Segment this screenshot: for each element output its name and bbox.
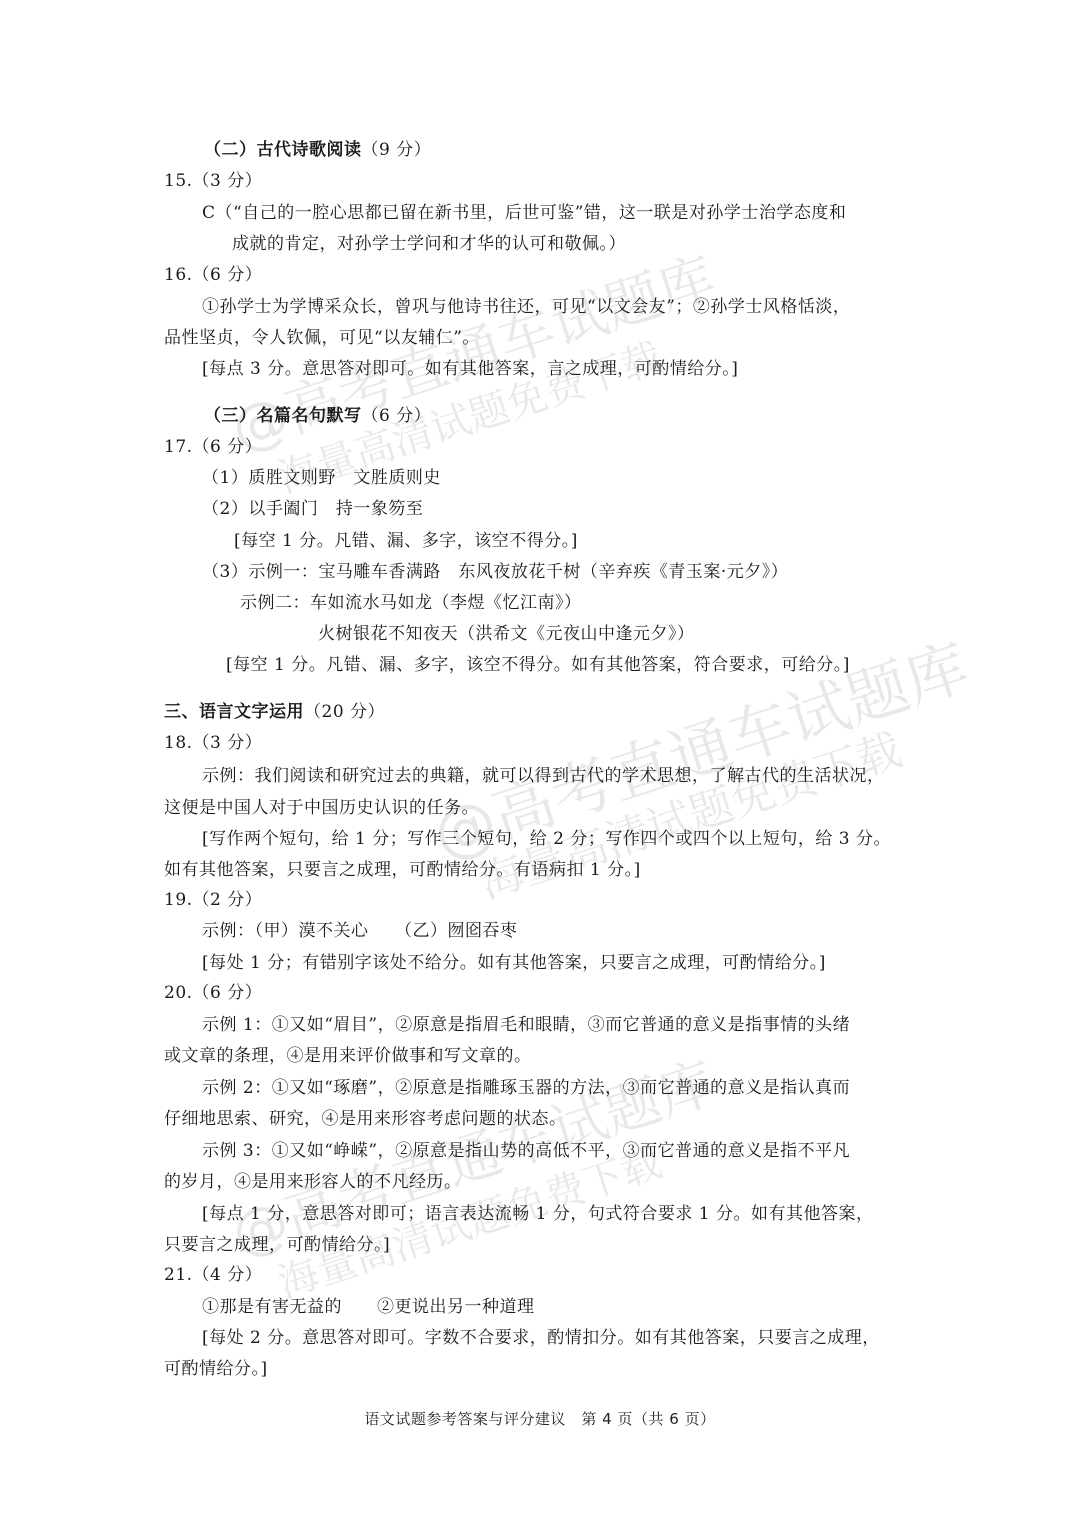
question-17-scoring: [每空 1 分。凡错、漏、多字，该空不得分。] — [234, 530, 578, 552]
question-20-line: 示例 2：①又如“琢磨”，②原意是指雕琢玉器的方法，③而它普通的意义是指认真而 — [202, 1077, 850, 1099]
part-heading-language-use: 三、语言文字运用（20 分） — [164, 701, 385, 723]
question-21-head: 21.（4 分） — [164, 1264, 262, 1286]
question-20-line: 仔细地思索、研究，④是用来形容考虑问题的状态。 — [164, 1108, 567, 1130]
question-15-head: 15.（3 分） — [164, 170, 262, 192]
question-17-line: 火树银花不知夜天（洪希文《元夜山中逢元夕》） — [318, 623, 695, 645]
question-18-line: 这便是中国人对于中国历史认识的任务。 — [164, 797, 479, 819]
question-17-head: 17.（6 分） — [164, 436, 262, 458]
question-16-scoring: [每点 3 分。意思答对即可。如有其他答案，言之成理，可酌情给分。] — [202, 358, 738, 380]
document-page: @高考直通车试题库 海量高清试题免费下载 @高考直通车试题库 海量高清试题免费下… — [0, 0, 1080, 1528]
question-20-line: 的岁月，④是用来形容人的不凡经历。 — [164, 1171, 462, 1193]
page-footer: 语文试题参考答案与评分建议 第 4 页（共 6 页） — [0, 1408, 1080, 1429]
question-20-line: 示例 1：①又如“眉目”，②原意是指眉毛和眼睛，③而它普通的意义是指事情的头绪 — [202, 1014, 850, 1036]
question-18-head: 18.（3 分） — [164, 732, 262, 754]
question-18-scoring: 如有其他答案，只要言之成理，可酌情给分。有语病扣 1 分。] — [164, 859, 641, 881]
question-20-line: 或文章的条理，④是用来评价做事和写文章的。 — [164, 1045, 532, 1067]
question-16-head: 16.（6 分） — [164, 264, 262, 286]
watermark-subtext: 海量高清试题免费下载 — [470, 714, 908, 911]
question-20-scoring: 只要言之成理，可酌情给分。] — [164, 1234, 390, 1256]
question-20-scoring: [每点 1 分，意思答对即可；语言表达流畅 1 分，句式符合要求 1 分。如有其… — [202, 1203, 874, 1225]
question-19-scoring: [每处 1 分；有错别字该处不给分。如有其他答案，只要言之成理，可酌情给分。] — [202, 952, 826, 974]
question-19-line: 示例：（甲）漠不关心 （乙）囫囵吞枣 — [202, 920, 518, 942]
question-18-scoring: [写作两个短句，给 1 分；写作三个短句，给 2 分；写作四个或四个以上短句，给… — [202, 828, 891, 850]
question-17-line: （3）示例一：宝马雕车香满路 东风夜放花千树（辛弃疾《青玉案·元夕》） — [202, 561, 788, 583]
part-title: 三、语言文字运用 — [164, 702, 304, 722]
section-heading-poetry: （二）古代诗歌阅读（9 分） — [204, 139, 431, 161]
section-score: （9 分） — [362, 140, 432, 160]
question-20-head: 20.（6 分） — [164, 982, 262, 1004]
section-title: （二）古代诗歌阅读 — [204, 140, 362, 160]
question-20-line: 示例 3：①又如“峥嵘”，②原意是指山势的高低不平，③而它普通的意义是指不平凡 — [202, 1140, 850, 1162]
question-21-line: ①那是有害无益的 ②更说出另一种道理 — [202, 1296, 535, 1318]
question-15-line: C（“自己的一腔心思都已留在新书里，后世可鉴”错，这一联是对孙学士治学态度和 — [202, 202, 846, 224]
question-15-line: 成就的肯定，对孙学士学问和才华的认可和敬佩。） — [232, 233, 626, 255]
section-score: （6 分） — [362, 406, 432, 426]
section-title: （三）名篇名句默写 — [204, 406, 362, 426]
question-17-line: 示例二：车如流水马如龙（李煜《忆江南》） — [240, 592, 582, 614]
question-21-scoring: 可酌情给分。] — [164, 1358, 268, 1380]
question-17-line: （2）以手阖门 持一象笏至 — [202, 498, 423, 520]
section-heading-recitation: （三）名篇名句默写（6 分） — [204, 405, 431, 427]
question-18-line: 示例：我们阅读和研究过去的典籍，就可以得到古代的学术思想，了解古代的生活状况， — [202, 765, 885, 787]
question-17-scoring: [每空 1 分。凡错、漏、多字，该空不得分。如有其他答案，符合要求，可给分。] — [226, 654, 850, 676]
question-21-scoring: [每处 2 分。意思答对即可。字数不合要求，酌情扣分。如有其他答案，只要言之成理… — [202, 1327, 880, 1349]
question-16-line: 品性坚贞，令人钦佩，可见“以友辅仁”。 — [164, 327, 480, 349]
part-score: （20 分） — [304, 702, 385, 722]
question-17-line: （1）质胜文则野 文胜质则史 — [202, 467, 441, 489]
watermark-text: @高考直通车试题库 — [220, 234, 724, 466]
question-16-line: ①孙学士为学博采众长，曾巩与他诗书往还，可见“以文会友”；②孙学士风格恬淡， — [202, 296, 850, 318]
question-19-head: 19.（2 分） — [164, 889, 262, 911]
